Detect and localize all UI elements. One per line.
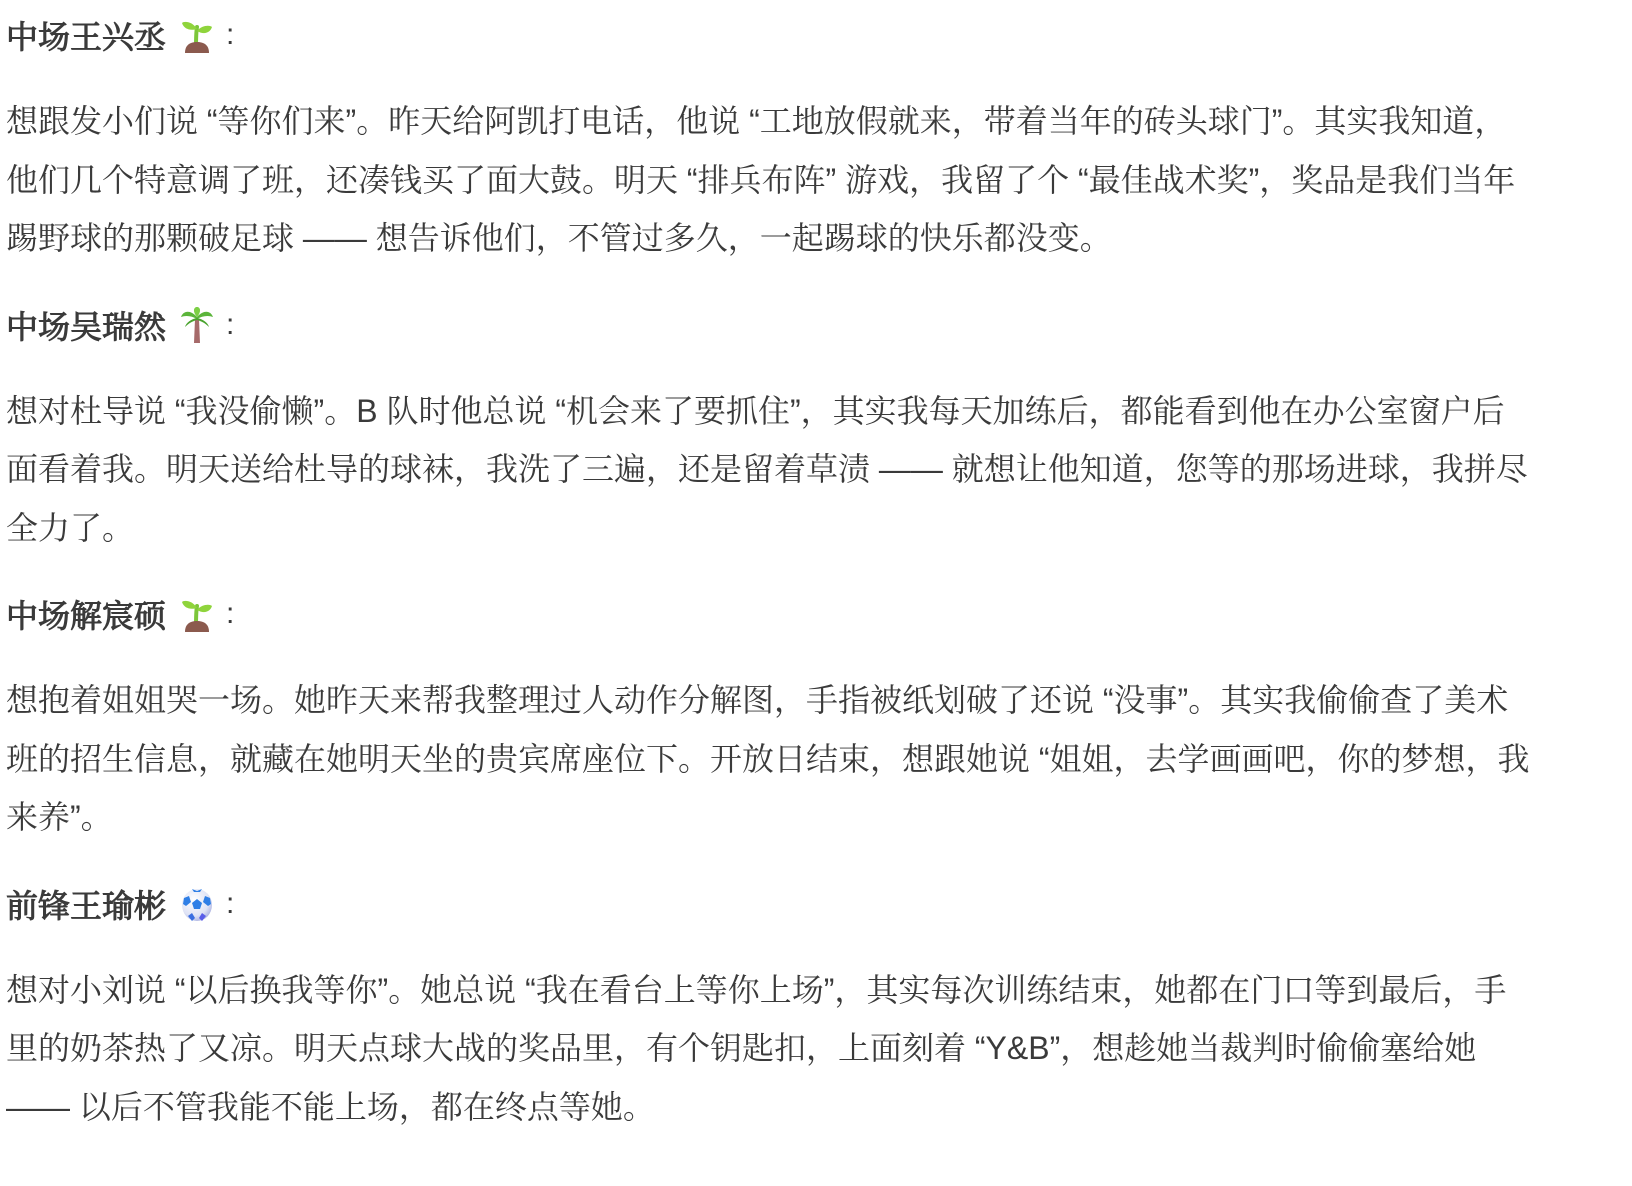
soccer-ball-icon — [180, 886, 214, 922]
player-heading: 中场吴瑞然 : — [6, 290, 1536, 360]
colon: : — [226, 18, 234, 52]
player-name: 中场王兴丞 — [6, 12, 166, 58]
document: 中场王兴丞 : 想跟发小们说 “等你们来”。昨天给阿凯打电话，他说 “工地放假就… — [0, 0, 1536, 1136]
player-name: 中场吴瑞然 — [6, 302, 166, 348]
player-message: 想对杜导说 “我没偷懒”。B 队时他总说 “机会来了要抓住”，其实我每天加练后，… — [6, 382, 1536, 558]
player-name: 中场解宸硕 — [6, 591, 166, 637]
player-section: 中场解宸硕 : 想抱着姐姐哭一场。她昨天来帮我整理过人动作分解图，手指被纸划破了… — [6, 579, 1536, 847]
player-heading: 中场王兴丞 : — [6, 0, 1536, 70]
colon: : — [226, 308, 234, 342]
player-heading: 前锋王瑜彬 — [6, 869, 1536, 939]
player-section: 中场王兴丞 : 想跟发小们说 “等你们来”。昨天给阿凯打电话，他说 “工地放假就… — [6, 0, 1536, 268]
palm-tree-icon — [180, 307, 214, 343]
colon: : — [226, 597, 234, 631]
player-name: 前锋王瑜彬 — [6, 881, 166, 927]
player-section: 前锋王瑜彬 — [6, 869, 1536, 1137]
player-message: 想对小刘说 “以后换我等你”。她总说 “我在看台上等你上场”，其实每次训练结束，… — [6, 961, 1536, 1137]
colon: : — [226, 887, 234, 921]
seedling-icon — [180, 596, 214, 632]
player-message: 想抱着姐姐哭一场。她昨天来帮我整理过人动作分解图，手指被纸划破了还说 “没事”。… — [6, 671, 1536, 847]
seedling-icon — [180, 17, 214, 53]
player-heading: 中场解宸硕 : — [6, 579, 1536, 649]
player-message: 想跟发小们说 “等你们来”。昨天给阿凯打电话，他说 “工地放假就来，带着当年的砖… — [6, 92, 1536, 268]
player-section: 中场吴瑞然 : 想对杜导说 “我没偷懒”。B 队时他总说 “机会来了要抓住”，其… — [6, 290, 1536, 558]
